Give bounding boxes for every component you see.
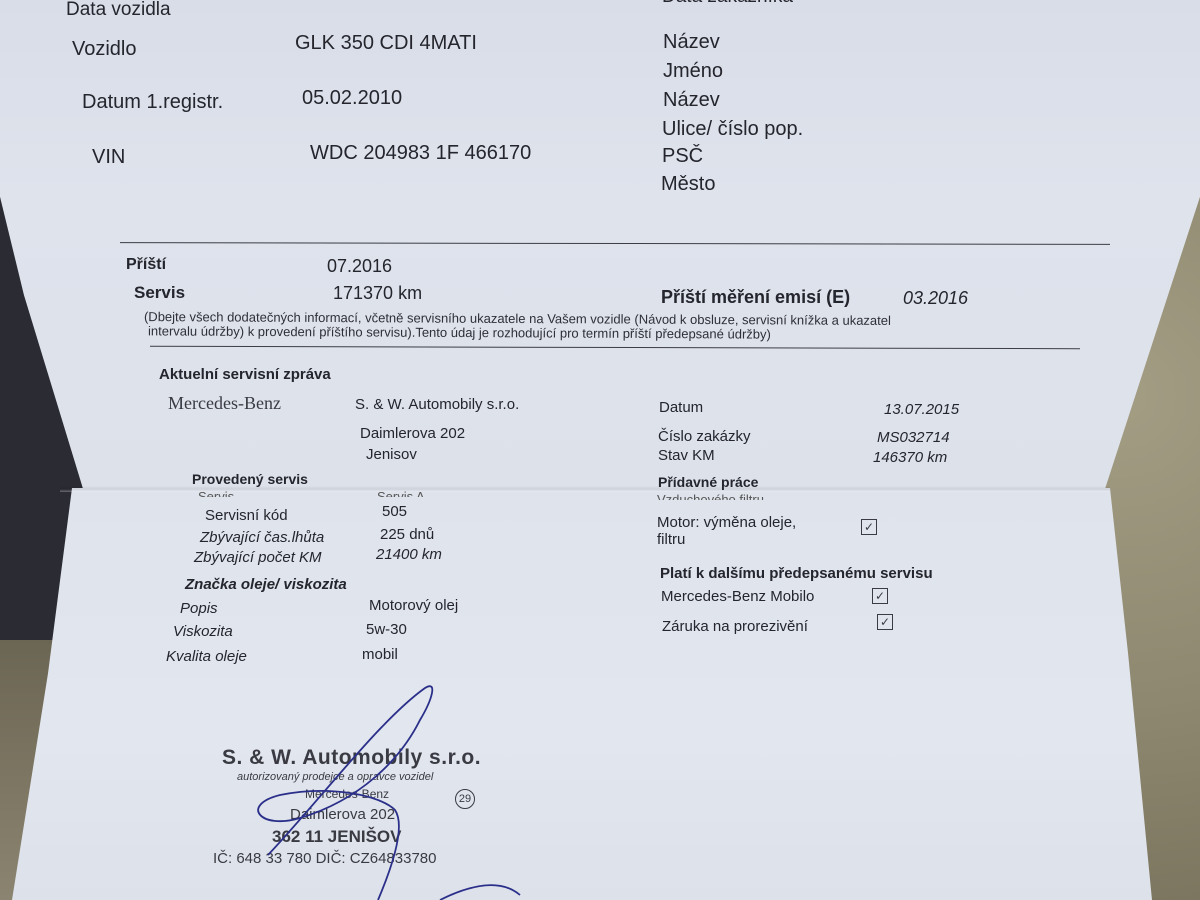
next-service-label-2: Servis xyxy=(134,283,185,303)
remaining-km-value: 21400 km xyxy=(376,546,442,563)
next-service-date: 07.2016 xyxy=(327,256,392,277)
vehicle-label: Vozidlo xyxy=(72,38,137,61)
mobilo-label: Mercedes-Benz Mobilo xyxy=(661,588,814,605)
mobilo-checkbox[interactable]: ✓ xyxy=(872,588,888,604)
dealer-street: Daimlerova 202 xyxy=(360,425,465,442)
oil-description-label: Popis xyxy=(180,600,218,617)
viscosity-label: Viskozita xyxy=(173,623,233,640)
customer-field-zip: PSČ xyxy=(662,145,703,168)
customer-field-city: Město xyxy=(661,173,715,196)
customer-data-header: Data zákazníka xyxy=(662,0,793,8)
customer-field-company: Název xyxy=(663,31,720,54)
check-icon: ✓ xyxy=(864,520,874,534)
stamp-brand: Mercedes-Benz xyxy=(305,787,389,801)
mercedes-benz-logo-text: Mercedes-Benz xyxy=(168,393,281,414)
oil-change-checkbox[interactable]: ✓ xyxy=(861,519,877,535)
stamp-dealer-name: S. & W. Automobily s.r.o. xyxy=(222,746,481,770)
service-report-header: Aktuelní servisní zpráva xyxy=(159,366,331,383)
order-number-label: Číslo zakázky xyxy=(658,428,751,445)
stamp-street: Daimlerova 202 xyxy=(290,806,395,823)
date-label: Datum xyxy=(659,399,703,416)
next-service-label-1: Příští xyxy=(126,256,166,274)
rust-warranty-label: Záruka na prorezivění xyxy=(662,618,808,635)
viscosity-value: 5w-30 xyxy=(366,621,407,638)
stamp-city: 362 11 JENIŠOV xyxy=(272,827,401,847)
remaining-time-value: 225 dnů xyxy=(380,526,434,543)
customer-field-street: Ulice/ číslo pop. xyxy=(662,118,803,141)
stamp-number-badge: 29 xyxy=(455,789,475,809)
stamp-subtitle: autorizovaný prodejce a opravce vozidel xyxy=(237,771,433,783)
emission-date: 03.2016 xyxy=(903,288,968,309)
order-number-value: MS032714 xyxy=(877,429,950,446)
hidden-additional-item: Vzduchového filtru xyxy=(657,492,764,500)
vehicle-value: GLK 350 CDI 4MATI xyxy=(295,32,477,55)
rust-warranty-checkbox[interactable]: ✓ xyxy=(877,614,893,630)
dealer-name: S. & W. Automobily s.r.o. xyxy=(355,396,519,413)
next-service-km: 171370 km xyxy=(333,283,422,304)
dealer-city: Jenisov xyxy=(366,446,417,463)
mileage-label: Stav KM xyxy=(658,447,715,464)
hidden-service-value: Servis A xyxy=(377,489,425,497)
date-value: 13.07.2015 xyxy=(884,401,959,418)
emission-label: Příští měření emisí (E) xyxy=(661,287,850,308)
customer-field-name: Jméno xyxy=(663,60,723,83)
check-icon: ✓ xyxy=(880,615,890,629)
service-code-value: 505 xyxy=(382,503,407,520)
mileage-value: 146370 km xyxy=(873,449,947,466)
performed-service-header: Provedený servis xyxy=(192,471,308,487)
oil-header: Značka oleje/ viskozita xyxy=(185,576,347,593)
hidden-service-label: Servis xyxy=(198,489,234,497)
vin-value: WDC 204983 1F 466170 xyxy=(310,142,531,165)
registration-date-label: Datum 1.registr. xyxy=(82,91,223,114)
oil-change-label-1: Motor: výměna oleje, xyxy=(657,514,796,531)
remaining-time-label: Zbývající čas.lhůta xyxy=(200,529,324,546)
check-icon: ✓ xyxy=(875,589,885,603)
stamp-company-ids: IČ: 648 33 780 DIČ: CZ64833780 xyxy=(213,850,436,867)
oil-change-label-2: filtru xyxy=(657,531,685,548)
valid-for-next-header: Platí k dalšímu předepsanému servisu xyxy=(660,565,933,582)
oil-quality-value: mobil xyxy=(362,646,398,663)
oil-quality-label: Kvalita oleje xyxy=(166,648,247,665)
vin-label: VIN xyxy=(92,146,125,169)
remaining-km-label: Zbývající počet KM xyxy=(194,549,322,566)
service-code-label: Servisní kód xyxy=(205,507,288,524)
vehicle-data-header: Data vozidla xyxy=(66,0,171,21)
paper-lower-half xyxy=(0,488,1200,900)
oil-description-value: Motorový olej xyxy=(369,597,458,614)
additional-work-header: Přídavné práce xyxy=(658,474,758,490)
customer-field-title: Název xyxy=(663,89,720,112)
registration-date-value: 05.02.2010 xyxy=(302,87,402,110)
paper-upper-half xyxy=(0,0,1200,492)
